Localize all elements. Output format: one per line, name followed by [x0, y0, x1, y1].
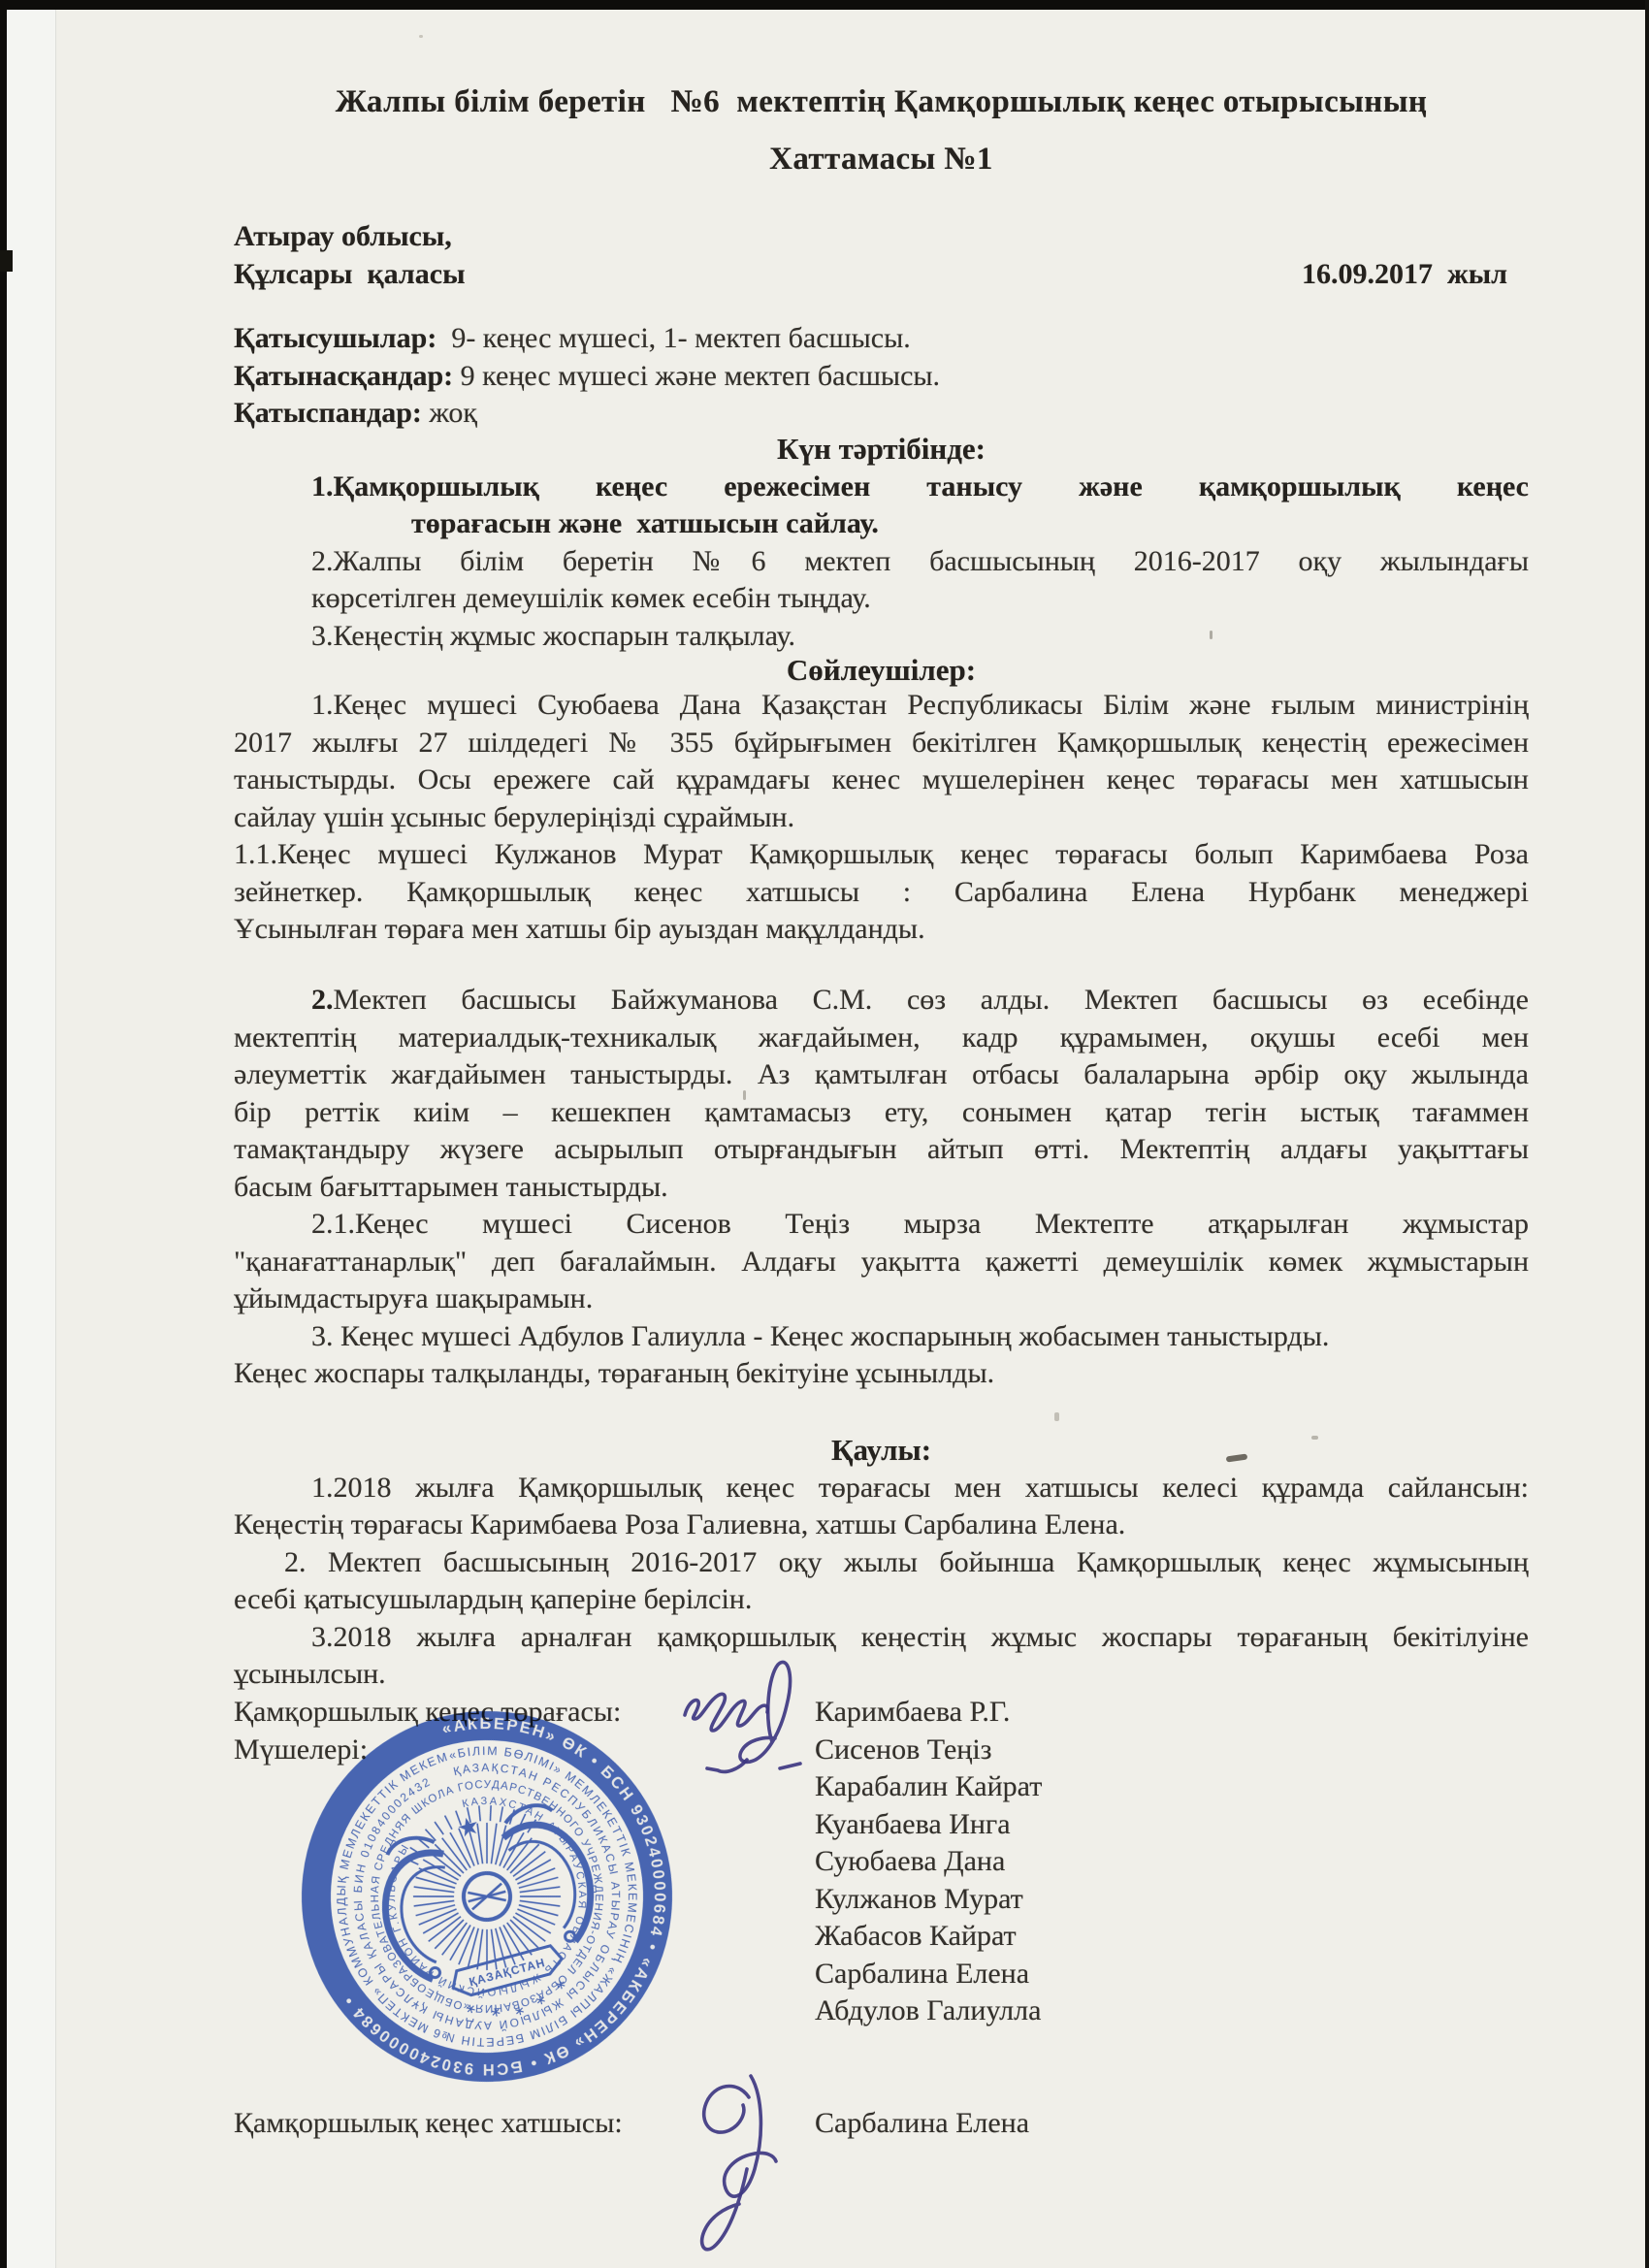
- document-date: 16.09.2017 жыл: [1302, 256, 1529, 294]
- speakers-heading-block: Сөйлеушілер:: [234, 652, 1529, 690]
- attendance-label: Қатысушылар:: [234, 322, 436, 354]
- agenda-item-1-line2: төрағасын және хатшысын сайлау.: [234, 505, 1529, 543]
- scan-right-edge: [1645, 0, 1649, 2268]
- speech-line: таныстырды. Осы ережеге сай құрамдағы ке…: [234, 761, 1529, 799]
- document-title-line1: Жалпы білім беретін №6 мектептің Қамқорш…: [234, 83, 1529, 121]
- speech-line: зейнеткер. Қамқоршылық кеңес хатшысы : С…: [234, 874, 1529, 912]
- speech-line: Ұсынылған төраға мен хатшы бір ауыздан м…: [234, 911, 1529, 949]
- chairman-label: Қамқоршылық кеңес төрағасы:: [234, 1694, 815, 1732]
- agenda-block: Күн тәртібінде: 1.Қамқоршылық кеңес ереж…: [234, 431, 1529, 655]
- scan-edge-notch: [0, 250, 13, 272]
- secretary-name: Сарбалина Елена: [815, 2105, 1029, 2143]
- scan-speck: [1210, 631, 1212, 639]
- document-content: Жалпы білім беретін №6 мектептің Қамқорш…: [234, 0, 1529, 2258]
- agenda-item-2-line2: көрсетілген демеушілік көмек есебін тыңд…: [234, 580, 1529, 618]
- speakers-heading: Сөйлеушілер:: [234, 652, 1529, 690]
- resolution-line: 3.2018 жылға арналған қамқоршылық кеңест…: [234, 1619, 1529, 1657]
- attendance-block: Қатысушылар: 9- кеңес мүшесі, 1- мектеп …: [234, 320, 1529, 433]
- speech-2-text: Мектеп басшысы Байжуманова С.М. сөз алды…: [334, 984, 1530, 1016]
- title-block: Жалпы білім беретін №6 мектептің Қамқорш…: [234, 83, 1529, 178]
- resolution-line: 1.2018 жылға Қамқоршылық кеңес төрағасы …: [234, 1470, 1529, 1507]
- scan-speck: [743, 1090, 746, 1100]
- page-edge-band: [7, 10, 56, 2268]
- scanned-document: Жалпы білім беретін №6 мектептің Қамқорш…: [0, 0, 1649, 2268]
- attendance-line: Қатынасқандар: 9 кеңес мүшесі және мекте…: [234, 358, 1529, 396]
- member-name: Карабалин Кайрат: [815, 1768, 1042, 1806]
- member-name: Суюбаева Дана: [815, 1843, 1042, 1881]
- resolution-block: Қаулы: 1.2018 жылға Қамқоршылық кеңес тө…: [234, 1432, 1529, 1694]
- resolution-line: есебі қатысушылардың қаперіне берілсін.: [234, 1581, 1529, 1619]
- attendance-value: жоқ: [422, 397, 477, 429]
- speech-line: 1.1.Кеңес мүшесі Кулжанов Мурат Қамқоршы…: [234, 836, 1529, 874]
- speech-line: мектептің материалдық-техникалық жағдайы…: [234, 1020, 1529, 1057]
- speech-1-block: 1.Кеңес мүшесі Суюбаева Дана Қазақстан Р…: [234, 687, 1529, 949]
- speech-line: әлеуметтік жағдайымен таныстырды. Аз қам…: [234, 1056, 1529, 1094]
- location-city: Құлсары қаласы: [234, 256, 466, 294]
- member-name: Куанбаева Инга: [815, 1806, 1042, 1844]
- speech-line: "қанағаттанарлық" деп бағалаймын. Алдағы…: [234, 1244, 1529, 1281]
- member-name: Сисенов Теңіз: [815, 1732, 1042, 1769]
- resolution-heading: Қаулы:: [234, 1432, 1529, 1470]
- speech-line: 2.1.Кеңес мүшесі Сисенов Теңіз мырза Мек…: [234, 1206, 1529, 1244]
- attendance-label: Қатынасқандар:: [234, 360, 453, 392]
- secretary-signature-row: Қамқоршылық кеңес хатшысы: Сарбалина Еле…: [234, 2105, 1529, 2143]
- speech-line: тамақтандыру жүзеге асырылып отырғандығы…: [234, 1131, 1529, 1169]
- speech-line: сайлау үшін ұсыныс берулеріңізді сұраймы…: [234, 799, 1529, 837]
- members-name-list: Каримбаева Р.Г. Сисенов Теңіз Карабалин …: [815, 1694, 1042, 2030]
- member-name: Абдулов Галиулла: [815, 1993, 1042, 2030]
- location-date-block: Атырау облысы, Құлсары қаласы 16.09.2017…: [234, 218, 1529, 293]
- speech-line: басым бағыттарымен таныстырды.: [234, 1169, 1529, 1207]
- agenda-item-3: 3.Кеңестің жұмыс жоспарын талқылау.: [234, 618, 1529, 656]
- member-name: Жабасов Кайрат: [815, 1918, 1042, 1956]
- speech-2-number: 2.: [311, 984, 334, 1016]
- resolution-line: ұсынылсын.: [234, 1656, 1529, 1694]
- speech-line: бір реттік киім – кешекпен қамтамасыз ет…: [234, 1094, 1529, 1132]
- attendance-line: Қатысушылар: 9- кеңес мүшесі, 1- мектеп …: [234, 320, 1529, 358]
- speech-line: 2017 жылғы 27 шілдедегі № 355 бұйрығымен…: [234, 725, 1529, 762]
- agenda-heading: Күн тәртібінде:: [234, 431, 1529, 469]
- document-title-line2: Хаттамасы №1: [234, 141, 1529, 178]
- speech-line: ұйымдастыруға шақырамын.: [234, 1280, 1529, 1318]
- chairman-name: Каримбаева Р.Г.: [815, 1694, 1042, 1732]
- scan-speck: [1311, 1436, 1318, 1440]
- location-region: Атырау облысы,: [234, 218, 1529, 256]
- speech-line: 1.Кеңес мүшесі Суюбаева Дана Қазақстан Р…: [234, 687, 1529, 725]
- resolution-line: Кеңестің төрағасы Каримбаева Роза Галиев…: [234, 1507, 1529, 1544]
- speech-2-block: 2.Мектеп басшысы Байжуманова С.М. сөз ал…: [234, 982, 1529, 1393]
- speech-3-note: Кеңес жоспары талқыланды, төрағаның бекі…: [234, 1355, 1529, 1393]
- agenda-item-1-line1: 1.Қамқоршылық кеңес ережесімен танысу жә…: [234, 469, 1529, 506]
- secretary-label: Қамқоршылық кеңес хатшысы:: [234, 2105, 815, 2143]
- attendance-value: 9 кеңес мүшесі және мектеп басшысы.: [453, 360, 940, 392]
- agenda-item-2-line1: 2.Жалпы білім беретін №6 мектеп басшысын…: [234, 543, 1529, 581]
- resolution-line: 2. Мектеп басшысының 2016-2017 оқу жылы …: [234, 1544, 1529, 1582]
- attendance-value: 9- кеңес мүшесі, 1- мектеп басшысы.: [436, 322, 910, 354]
- speech-line: 2.Мектеп басшысы Байжуманова С.М. сөз ал…: [234, 982, 1529, 1020]
- scan-speck: [1054, 1412, 1059, 1421]
- members-label: Мүшелері:: [234, 1732, 815, 1769]
- speech-3-line: 3. Кеңес мүшесі Адбулов Галиулла - Кеңес…: [234, 1318, 1529, 1356]
- member-name: Кулжанов Мурат: [815, 1881, 1042, 1919]
- signature-block: Қамқоршылық кеңес төрағасы: Мүшелері: Ка…: [234, 1694, 1529, 2030]
- attendance-line: Қатыспандар: жоқ: [234, 395, 1529, 433]
- scan-speck: [419, 35, 423, 38]
- member-name: Сарбалина Елена: [815, 1956, 1042, 1993]
- attendance-label: Қатыспандар:: [234, 397, 422, 429]
